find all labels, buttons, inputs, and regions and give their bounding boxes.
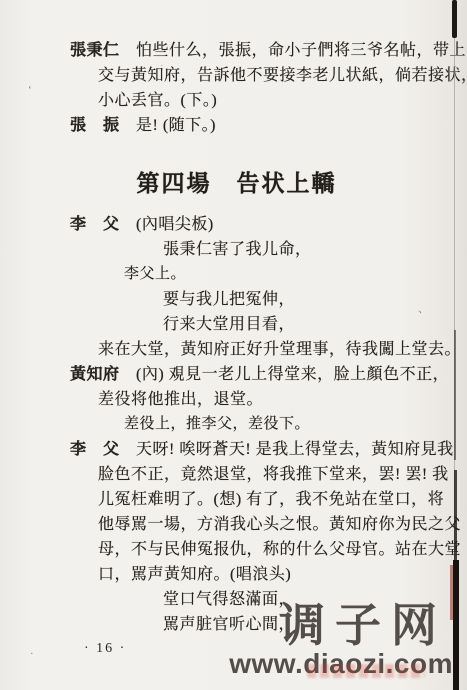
dialogue-text: 儿冤枉难明了。(想) 有了，我不免站在堂口，将 <box>98 491 444 508</box>
script-line: 黃知府(內) 覌見一老儿上得堂来，脸上顏色不正， <box>70 362 443 387</box>
watermark-red-smudge <box>307 664 425 678</box>
dialogue-text: 天呀! 唉呀蒼天! 是我上得堂去，黃知府見我 <box>136 441 454 458</box>
speaker-name: 黃知府 <box>70 362 136 387</box>
speaker-name: 李 父 <box>70 437 136 462</box>
scan-artifact <box>453 560 459 690</box>
speaker-name: 張 振 <box>70 113 136 138</box>
script-line: 李父上。 <box>124 262 443 287</box>
scan-speck: · <box>160 60 164 72</box>
script-line: 交与黃知府，告訴他不要接李老儿状紙，倘若接状， <box>98 63 443 88</box>
scanned-script-page: 張秉仁怕些什么，張振，命小子們将三爷名帖，带上 交与黃知府，告訴他不要接李老儿状… <box>0 0 467 690</box>
script-line: 小心丢官。(下。) <box>98 88 443 113</box>
scan-speck: · <box>30 648 34 660</box>
dialogue-text: 交与黃知府，告訴他不要接李老儿状紙，倘若接状， <box>98 67 467 84</box>
script-line: 行来大堂用目看， <box>163 312 443 337</box>
speaker-name: 李 父 <box>70 212 136 237</box>
dialogue-text: 是! (随下。) <box>136 117 216 134</box>
verse-text: 行来大堂用目看， <box>163 316 295 333</box>
script-line: 李 父天呀! 唉呀蒼天! 是我上得堂去，黃知府見我 <box>70 437 443 462</box>
scan-artifact <box>454 330 456 460</box>
scan-speck: 、 <box>418 300 429 316</box>
script-line: 張秉仁怕些什么，張振，命小子們将三爷名帖，带上 <box>70 38 443 63</box>
dialogue-text: 怕些什么，張振，命小子們将三爷名帖，带上 <box>136 42 466 59</box>
dialogue-text: 来在大堂，黃知府正好升堂理事，待我闖上堂去。 <box>98 341 461 358</box>
dialogue-text: 他辱駡一場，方消我心头之恨。黃知府你为民之父 <box>98 516 461 533</box>
speaker-name: 張秉仁 <box>70 38 136 63</box>
script-line: 要与我儿把冤伸， <box>163 287 443 312</box>
script-line: 李 父(內唱尖板) <box>70 212 443 237</box>
scan-artifact <box>450 565 453 620</box>
script-line: 脸色不正，竟然退堂，将我推下堂来，罢! 罢! 我 <box>98 462 443 487</box>
stage-direction-text: 差役上，推李父，差役下。 <box>124 416 310 432</box>
script-line: 口，駡声黃知府。(唱浪头) <box>98 562 443 587</box>
scan-artifact <box>454 470 457 570</box>
watermark-site-name: 调子网 <box>229 602 447 648</box>
script-line: 母，不与民伸冤报仇，称的什么父母官。站在大堂 <box>98 537 443 562</box>
dialogue-text: 母，不与民伸冤报仇，称的什么父母官。站在大堂 <box>98 541 461 558</box>
scan-speck: - <box>438 498 442 510</box>
script-line: 差役上，推李父，差役下。 <box>124 412 443 437</box>
scan-artifact <box>452 0 457 38</box>
script-line: 張秉仁害了我儿命， <box>163 237 443 262</box>
script-line: 張 振是! (随下。) <box>70 113 443 138</box>
dialogue-text: 脸色不正，竟然退堂，将我推下堂来，罢! 罢! 我 <box>98 466 449 483</box>
scene-title: 第四場 告状上轎 <box>60 168 413 200</box>
script-line: 儿冤枉难明了。(想) 有了，我不免站在堂口，将 <box>98 487 443 512</box>
scan-speck: ‘ <box>28 84 32 96</box>
script-line: 他辱駡一場，方消我心头之恨。黃知府你为民之父 <box>98 512 443 537</box>
stage-direction-text: 李父上。 <box>124 266 186 282</box>
dialogue-text: 差役将他推出，退堂。 <box>98 391 263 408</box>
script-line: 差役将他推出，退堂。 <box>98 387 443 412</box>
verse-text: 張秉仁害了我儿命， <box>163 241 312 258</box>
dialogue-text: 小心丢官。(下。) <box>98 92 217 109</box>
stage-direction-text: (內唱尖板) <box>136 216 214 233</box>
dialogue-text: (內) 覌見一老儿上得堂来，脸上顏色不正， <box>136 366 449 383</box>
dialogue-text: 口，駡声黃知府。(唱浪头) <box>98 566 291 583</box>
script-line: 来在大堂，黃知府正好升堂理事，待我闖上堂去。 <box>98 337 443 362</box>
verse-text: 要与我儿把冤伸， <box>163 291 295 308</box>
